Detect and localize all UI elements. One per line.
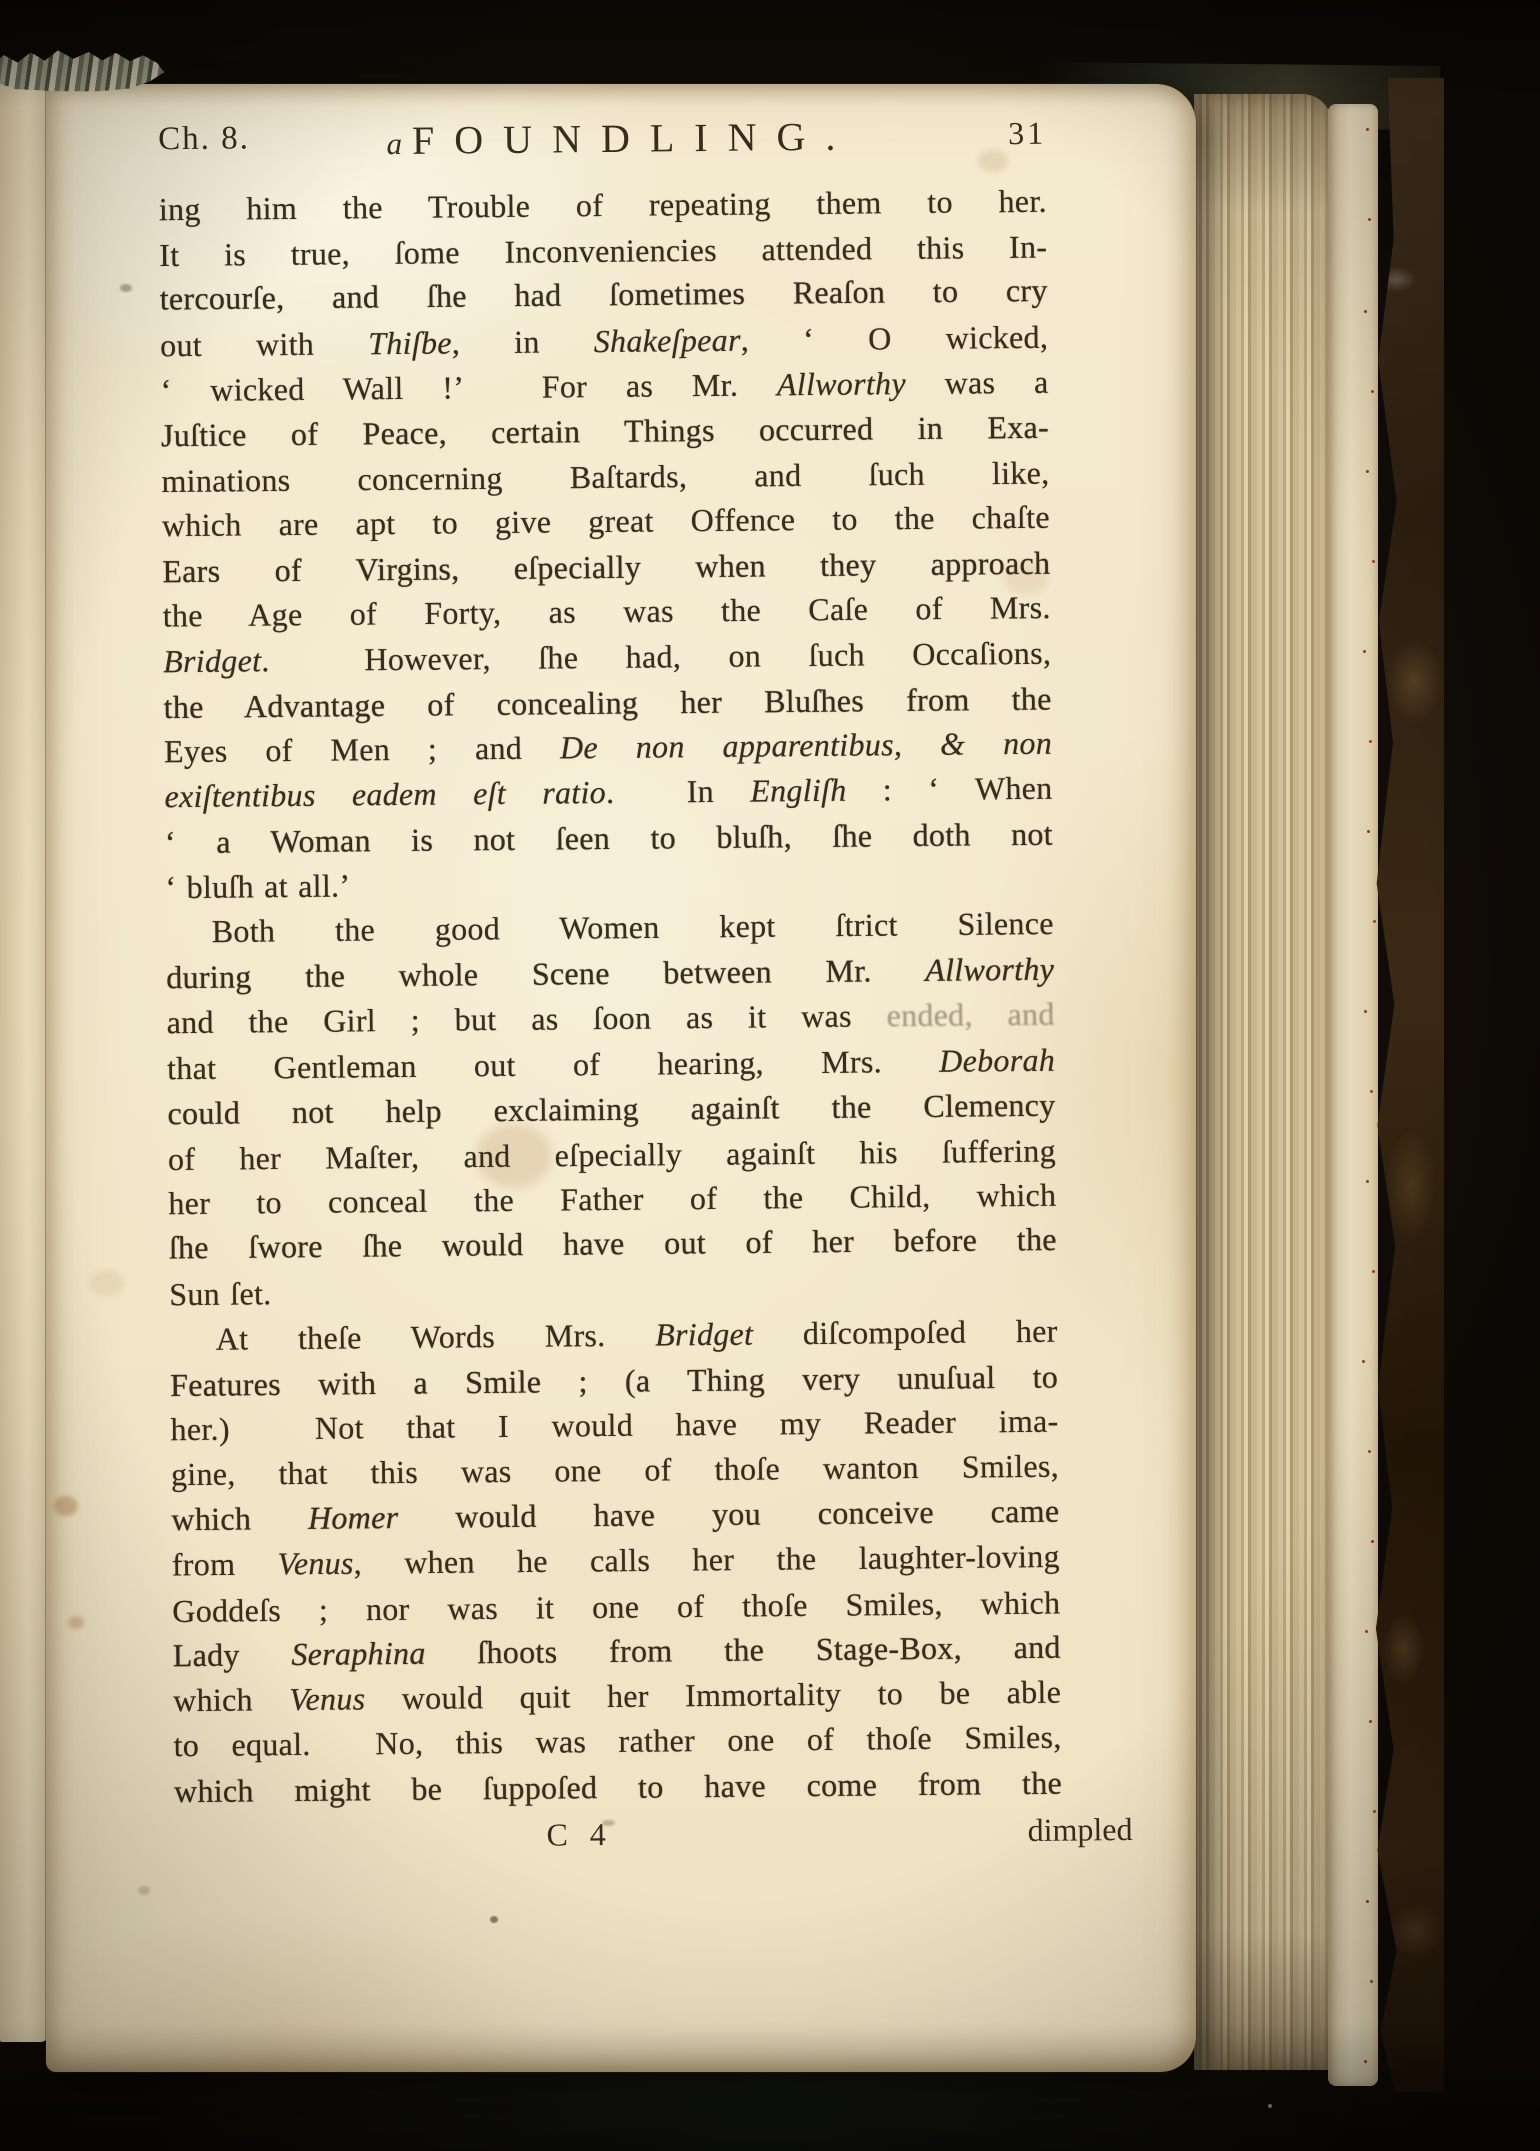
text-line: and the Girl ; but as ſoon as it was end… bbox=[166, 992, 1054, 1046]
text-line: the Advantage of concealing her Bluſhes … bbox=[163, 677, 1051, 731]
running-title-article: a bbox=[386, 126, 402, 161]
book-page: Ch. 8. aFOUNDLING. 31 ing him the Troubl… bbox=[46, 84, 1196, 2072]
text-line: Bridget. However, ſhe had, on ſuch Occaſ… bbox=[163, 631, 1051, 685]
text-line: tercourſe, and ſhe had ſometimes Reaſon … bbox=[160, 268, 1048, 322]
facing-page-edge bbox=[0, 78, 50, 2042]
text-line: could not help exclaiming againſt the Cl… bbox=[167, 1082, 1055, 1136]
running-header: Ch. 8. aFOUNDLING. 31 bbox=[158, 113, 1046, 174]
text-lines: ing him the Trouble of repeating them to… bbox=[159, 179, 1063, 1814]
text-line: out with Thiſbe, in Shakeſpear, ‘ O wick… bbox=[160, 314, 1048, 368]
text-line: Juſtice of Peace, certain Things occurre… bbox=[161, 405, 1049, 459]
text-line: At theſe Words Mrs. Bridget diſcompoſed … bbox=[169, 1308, 1057, 1362]
text-line: exiſtentibus eadem eſt ratio. In Engliſh… bbox=[164, 766, 1052, 820]
leather-binding-edge bbox=[1370, 78, 1444, 2092]
text-line: the Age of Forty, as was the Caſe of Mrs… bbox=[163, 585, 1051, 639]
text-line: ing him the Trouble of repeating them to… bbox=[159, 179, 1047, 233]
signature-mark: C 4 bbox=[546, 1816, 606, 1854]
page-number: 31 bbox=[1008, 115, 1046, 152]
foxing-spot bbox=[68, 1616, 84, 1629]
text-line: which are apt to give great Offence to t… bbox=[162, 495, 1050, 549]
text-line: Both the good Women kept ſtrict Silence bbox=[166, 901, 1054, 955]
text-line: Features with a Smile ; (a Thing very un… bbox=[170, 1354, 1058, 1408]
foxing-spot bbox=[138, 1886, 150, 1895]
text-line: minations concerning Baſtards, and ſuch … bbox=[161, 451, 1049, 505]
signature-line: C 4 dimpled bbox=[174, 1811, 1062, 1866]
page-block-fore-edge bbox=[1194, 94, 1332, 2070]
outer-leaf-edge bbox=[1328, 104, 1378, 2086]
chapter-label: Ch. 8. bbox=[158, 120, 250, 158]
dust-speck bbox=[1268, 2104, 1272, 2108]
text-line: ‘ a Woman is not ſeen to bluſh, ſhe doth… bbox=[165, 811, 1053, 865]
ink-speck bbox=[490, 1916, 498, 1923]
foxing-spot bbox=[90, 1270, 124, 1296]
text-line: Goddeſs ; nor was it one of thoſe Smiles… bbox=[172, 1580, 1060, 1634]
running-title: aFOUNDLING. bbox=[386, 113, 855, 164]
running-title-text: FOUNDLING. bbox=[412, 114, 856, 163]
printed-text: Ch. 8. aFOUNDLING. 31 ing him the Troubl… bbox=[158, 113, 1063, 1866]
catchword: dimpled bbox=[1027, 1811, 1132, 1849]
sprinkled-edge-speckles bbox=[1366, 128, 1369, 131]
text-line: of her Maſter, and eſpecially againſt hi… bbox=[168, 1128, 1056, 1182]
text-line: ſhe ſwore ſhe would have out of her befo… bbox=[169, 1217, 1057, 1271]
ink-speck bbox=[120, 284, 132, 292]
text-line: to equal. No, this was rather one of tho… bbox=[173, 1715, 1061, 1769]
foxing-spot bbox=[54, 1496, 78, 1516]
book-photo: { "page": { "header": { "chapter": "Ch. … bbox=[0, 0, 1540, 2151]
text-line: which might be ſuppoſed to have come fro… bbox=[174, 1760, 1062, 1814]
text-line: from Venus, when he calls her the laught… bbox=[172, 1534, 1060, 1588]
text-line: that Gentleman out of hearing, Mrs. Debo… bbox=[167, 1037, 1055, 1091]
